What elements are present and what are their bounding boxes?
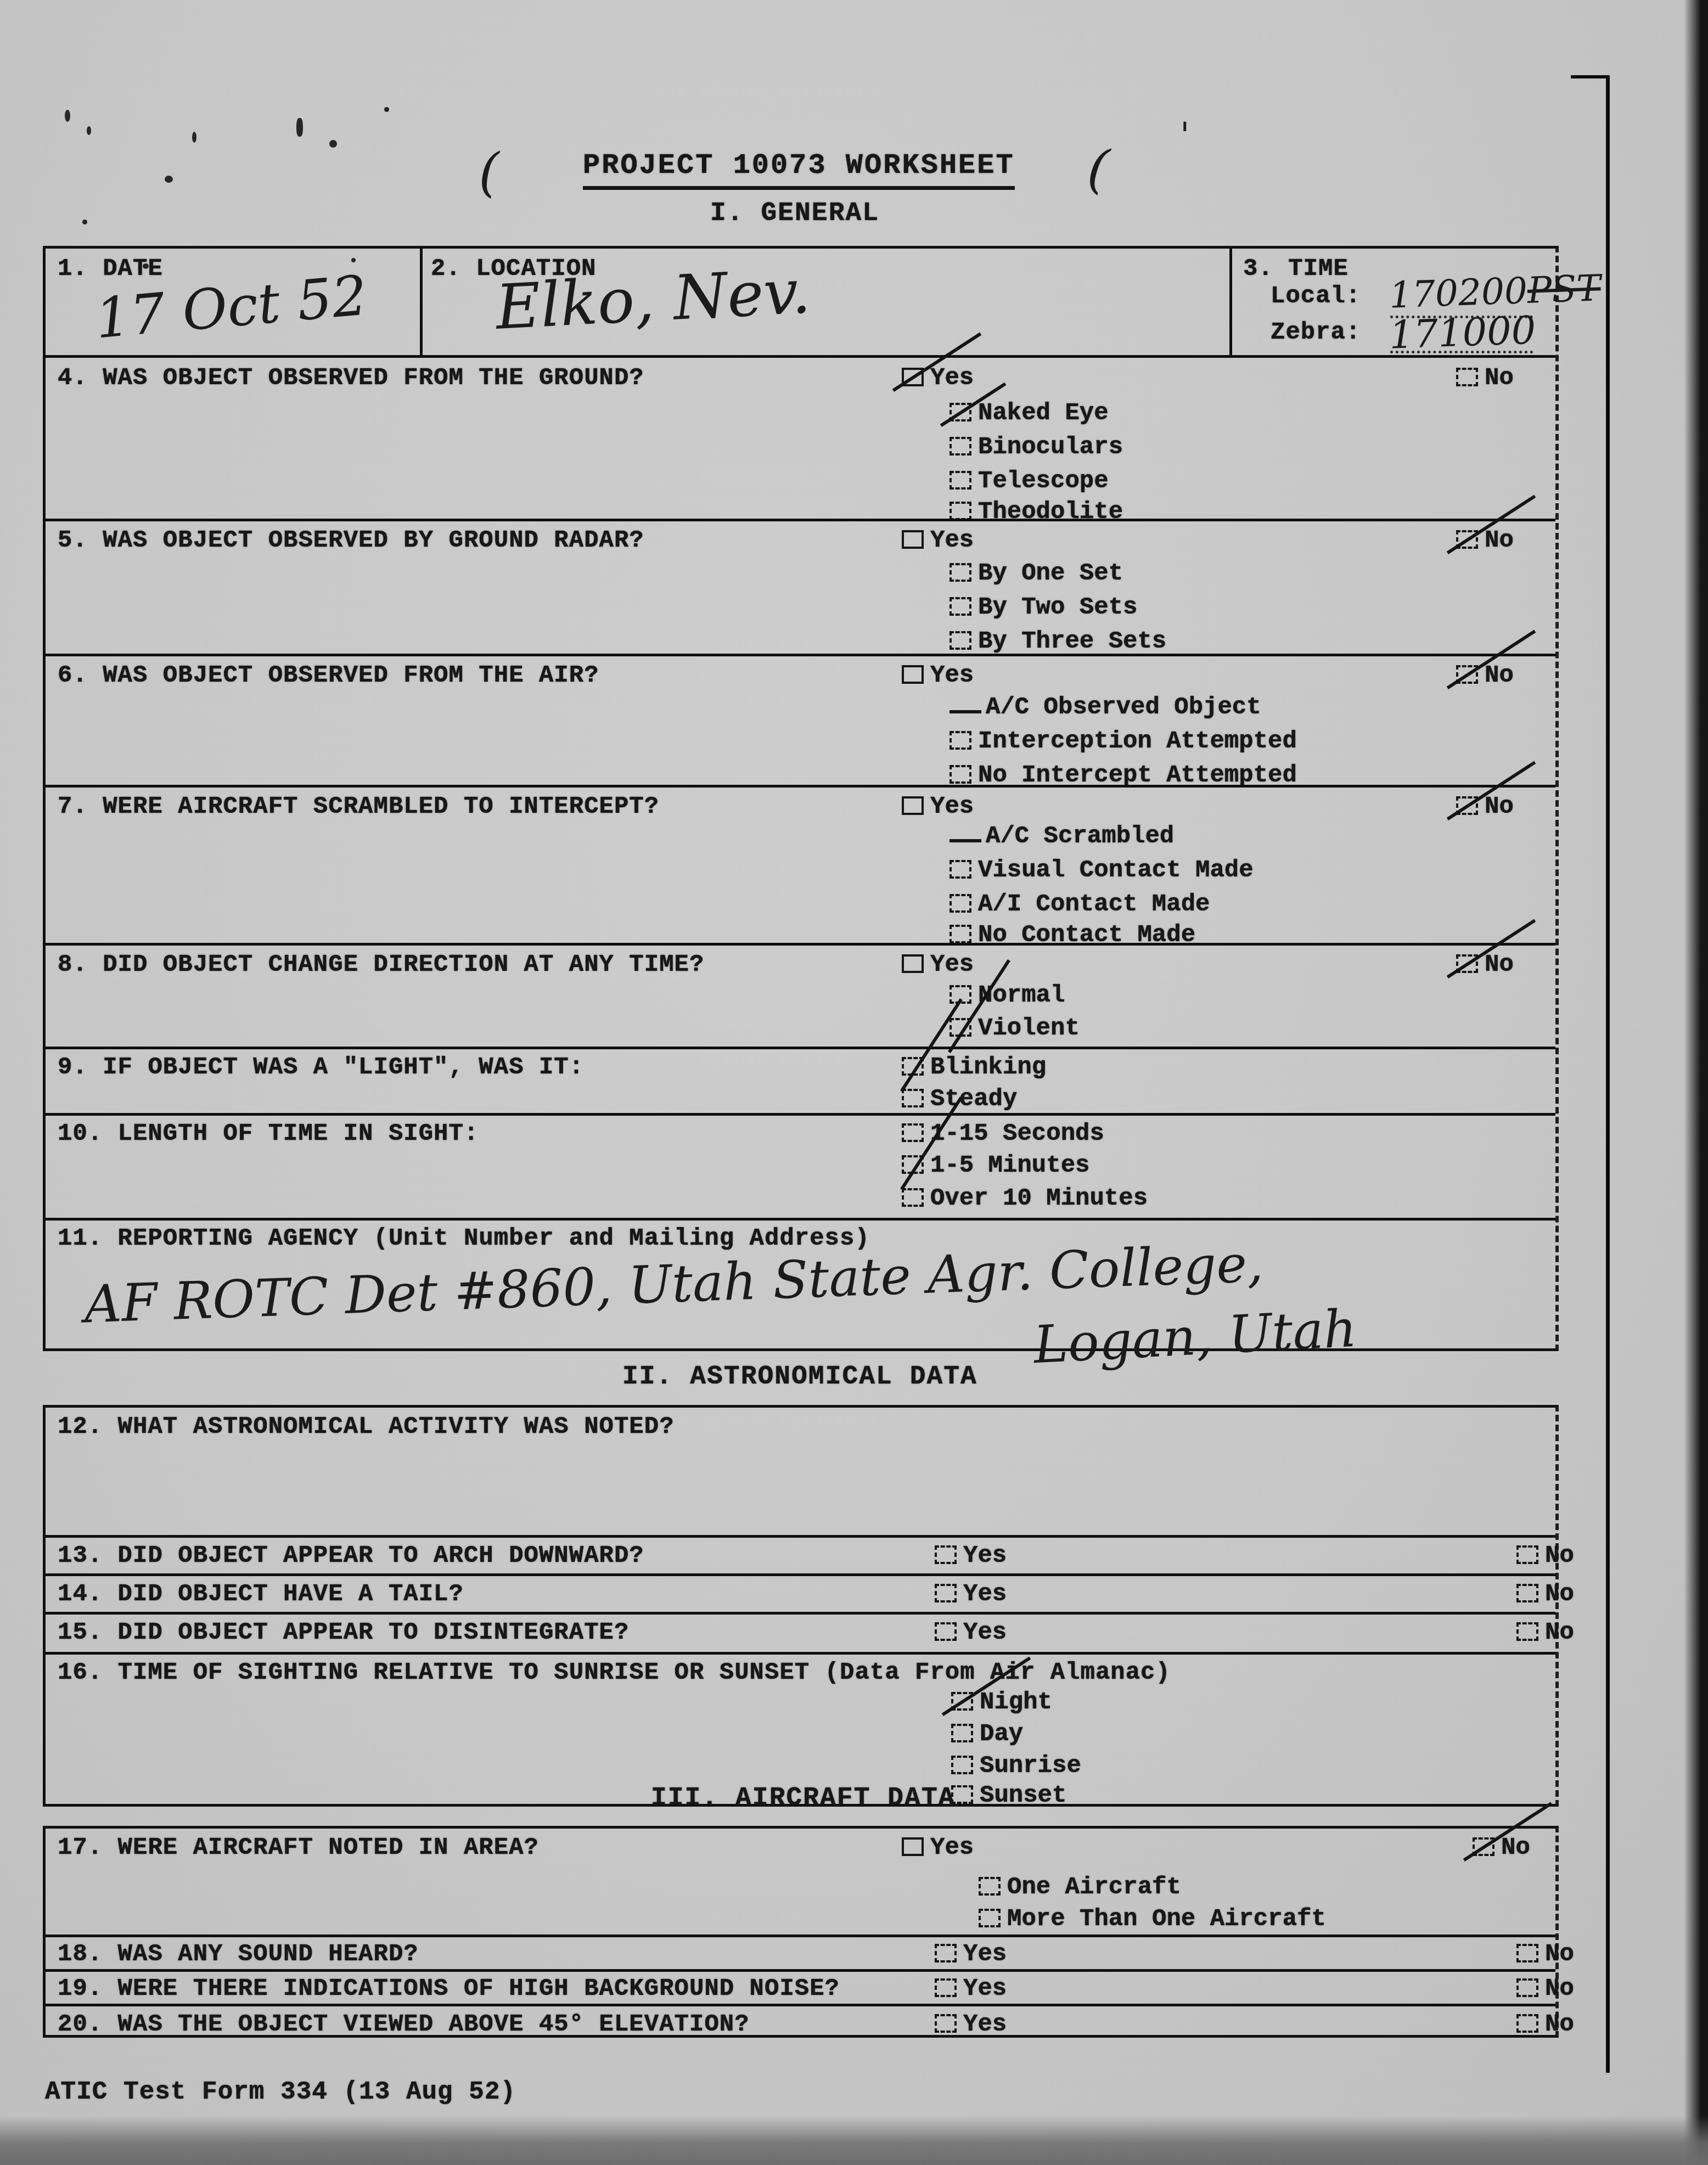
yes-label: Yes (930, 1834, 974, 1862)
ink-speck (329, 140, 337, 148)
question-row-5: 5. WAS OBJECT OBSERVED BY GROUND RADAR? … (46, 519, 1555, 654)
sub-option: A/C Scrambled (949, 823, 1174, 850)
no-label: No (1485, 951, 1514, 979)
pen-mark-left-paren: ( (479, 142, 499, 203)
header-row: 1. DATE 17 Oct 52 2. LOCATION Elko, Nev.… (46, 249, 1555, 355)
time-label: 3. TIME (1243, 255, 1349, 283)
no-option: No (1516, 1941, 1574, 1968)
day-checkbox[interactable] (951, 1724, 973, 1742)
sub-option: Telescope (949, 468, 1109, 495)
yes-checkbox[interactable] (935, 1622, 957, 1641)
sub-option: Night (951, 1689, 1052, 1716)
no-checkbox[interactable] (1456, 368, 1478, 386)
time-local-suffix: PST (1527, 267, 1602, 312)
yes-checkbox[interactable] (935, 1584, 957, 1602)
question-text: 5. WAS OBJECT OBSERVED BY GROUND RADAR? (58, 527, 644, 554)
yes-label: Yes (930, 793, 974, 820)
binoculars-checkbox[interactable] (949, 437, 971, 456)
option-label: More Than One Aircraft (1007, 1905, 1326, 1933)
yes-option: Yes (935, 1619, 1007, 1646)
no-option: No (1516, 1975, 1574, 2003)
question-row-9: 9. IF OBJECT WAS A "LIGHT", WAS IT: Blin… (46, 1047, 1555, 1113)
sub-option: By One Set (949, 560, 1123, 587)
sunrise-checkbox[interactable] (951, 1756, 973, 1774)
question-row-8: 8. DID OBJECT CHANGE DIRECTION AT ANY TI… (46, 943, 1555, 1047)
option-label: A/I Contact Made (978, 891, 1210, 918)
sub-option: Sunset (951, 1782, 1066, 1809)
yes-option: Yes (935, 1941, 1007, 1968)
cell-divider (420, 249, 423, 355)
no-label: No (1485, 527, 1514, 554)
steady-checkbox[interactable] (902, 1089, 924, 1107)
scan-edge-right-band (1684, 0, 1708, 2165)
no-label: No (1501, 1834, 1530, 1862)
yes-checkbox[interactable] (902, 796, 924, 815)
naked-eye-checkbox[interactable] (949, 403, 971, 421)
scanned-form-page: ( PROJECT 10073 WORKSHEET ( ' I. GENERAL… (0, 0, 1708, 2165)
no-option: No (1516, 1619, 1574, 1646)
yes-option: Yes (902, 951, 974, 979)
sub-option: Visual Contact Made (949, 857, 1254, 884)
no-label: No (1485, 793, 1514, 820)
option-label: Naked Eye (978, 400, 1109, 427)
question-row-20: 20. WAS THE OBJECT VIEWED ABOVE 45° ELEV… (46, 2004, 1555, 2040)
question-text: 9. IF OBJECT WAS A "LIGHT", WAS IT: (58, 1054, 584, 1081)
option-label: By One Set (978, 560, 1123, 587)
yes-label: Yes (963, 1542, 1007, 1570)
ink-speck (384, 107, 389, 112)
question-text: 15. DID OBJECT APPEAR TO DISINTEGRATE? (58, 1619, 629, 1646)
question-row-12: 12. WHAT ASTRONOMICAL ACTIVITY WAS NOTED… (46, 1408, 1555, 1535)
ink-speck (82, 220, 87, 224)
sub-option: Violent (949, 1015, 1080, 1042)
option-label: 1-15 Seconds (930, 1120, 1104, 1148)
scan-edge-line-hook (1571, 75, 1607, 78)
ink-speck (192, 132, 196, 143)
yes-checkbox[interactable] (902, 954, 924, 973)
sub-option: A/C Observed Object (949, 694, 1261, 721)
by-three-sets-checkbox[interactable] (949, 631, 971, 650)
ink-speck (87, 126, 91, 135)
no-checkbox[interactable] (1456, 530, 1478, 549)
one-aircraft-checkbox[interactable] (979, 1877, 1001, 1896)
option-label: Interception Attempted (978, 728, 1297, 755)
yes-label: Yes (963, 1581, 1007, 1608)
sub-option: Normal (949, 982, 1065, 1009)
option-label: By Two Sets (978, 594, 1137, 621)
option-label: Sunset (980, 1782, 1066, 1809)
option-label: Visual Contact Made (978, 857, 1254, 884)
night-checkbox[interactable] (951, 1692, 973, 1711)
yes-option: Yes (902, 1834, 974, 1862)
yes-option: Yes (902, 527, 974, 554)
section-astronomical-table: 12. WHAT ASTRONOMICAL ACTIVITY WAS NOTED… (43, 1405, 1559, 1807)
yes-option: Yes (935, 1975, 1007, 2003)
scan-bottom-band (0, 2116, 1708, 2165)
option-label: Blinking (930, 1054, 1046, 1081)
question-text: 19. WERE THERE INDICATIONS OF HIGH BACKG… (58, 1975, 840, 2003)
question-text: 12. WHAT ASTRONOMICAL ACTIVITY WAS NOTED… (58, 1413, 675, 1441)
question-row-10: 10. LENGTH OF TIME IN SIGHT: 1-15 Second… (46, 1113, 1555, 1218)
sub-option: Over 10 Minutes (902, 1185, 1148, 1212)
no-label: No (1545, 2011, 1574, 2038)
no-label: No (1485, 364, 1514, 392)
question-row-18: 18. WAS ANY SOUND HEARD? Yes No (46, 1935, 1555, 1969)
no-option: No (1456, 793, 1514, 820)
ink-speck (65, 110, 70, 122)
seconds-checkbox[interactable] (902, 1123, 924, 1142)
no-label: No (1545, 1542, 1574, 1570)
yes-option: Yes (935, 1542, 1007, 1570)
sub-option: Blinking (902, 1054, 1046, 1081)
ink-speck (296, 118, 303, 137)
yes-checkbox[interactable] (935, 1978, 957, 1997)
no-option: No (1516, 1581, 1574, 1608)
yes-checkbox[interactable] (902, 665, 924, 684)
yes-checkbox[interactable] (902, 530, 924, 549)
write-in-blank[interactable] (949, 823, 981, 842)
no-option: No (1456, 662, 1514, 689)
blinking-checkbox[interactable] (902, 1057, 924, 1076)
date-label: 1. DATE (58, 255, 163, 283)
yes-option: Yes (902, 662, 974, 689)
no-checkbox[interactable] (1473, 1837, 1494, 1856)
question-text: 11. REPORTING AGENCY (Unit Number and Ma… (58, 1225, 870, 1252)
yes-option: Yes (902, 793, 974, 820)
sub-option: Sunrise (951, 1752, 1081, 1780)
question-text: 20. WAS THE OBJECT VIEWED ABOVE 45° ELEV… (58, 2011, 750, 2038)
question-text: 7. WERE AIRCRAFT SCRAMBLED TO INTERCEPT? (58, 793, 659, 820)
question-row-11: 11. REPORTING AGENCY (Unit Number and Ma… (46, 1218, 1555, 1354)
reporting-agency-line2[interactable]: Logan, Utah (1032, 1299, 1358, 1376)
sub-option: By Three Sets (949, 628, 1166, 655)
sub-option: A/I Contact Made (949, 891, 1210, 918)
option-label: Telescope (978, 468, 1109, 495)
yes-checkbox[interactable] (902, 368, 924, 386)
sub-option: Binoculars (949, 434, 1123, 461)
no-contact-checkbox[interactable] (949, 925, 971, 943)
section-aircraft-table: 17. WERE AIRCRAFT NOTED IN AREA? Yes No … (43, 1826, 1559, 2038)
by-one-set-checkbox[interactable] (949, 563, 971, 582)
no-checkbox[interactable] (1516, 1584, 1538, 1602)
sub-option: One Aircraft (979, 1874, 1181, 1901)
form-underline (1390, 351, 1533, 353)
yes-label: Yes (963, 1941, 1007, 1968)
no-option: No (1473, 1834, 1530, 1862)
question-row-7: 7. WERE AIRCRAFT SCRAMBLED TO INTERCEPT?… (46, 785, 1555, 943)
ink-speck (165, 176, 173, 183)
section-heading-general: I. GENERAL (710, 199, 879, 228)
no-checkbox[interactable] (1456, 665, 1478, 684)
yes-label: Yes (930, 662, 974, 689)
option-label: Sunrise (980, 1752, 1081, 1780)
yes-option: Yes (935, 1581, 1007, 1608)
sub-option: Naked Eye (949, 400, 1109, 427)
question-text: 14. DID OBJECT HAVE A TAIL? (58, 1581, 464, 1608)
sub-option: By Two Sets (949, 594, 1137, 621)
yes-label: Yes (930, 527, 974, 554)
time-local-label: Local: (1271, 283, 1361, 310)
pen-mark-tick: ' (1180, 115, 1190, 156)
interception-attempted-checkbox[interactable] (949, 731, 971, 750)
yes-checkbox[interactable] (935, 1944, 957, 1962)
section-heading-aircraft: III. AIRCRAFT DATA (651, 1784, 955, 1813)
option-label: 1-5 Minutes (930, 1152, 1089, 1179)
sub-option: Day (951, 1720, 1023, 1748)
violent-checkbox[interactable] (949, 1018, 971, 1037)
yes-label: Yes (963, 1619, 1007, 1646)
question-row-13: 13. DID OBJECT APPEAR TO ARCH DOWNWARD? … (46, 1535, 1555, 1573)
over-ten-minutes-checkbox[interactable] (902, 1188, 924, 1207)
theodolite-checkbox[interactable] (949, 502, 971, 520)
question-row-15: 15. DID OBJECT APPEAR TO DISINTEGRATE? Y… (46, 1612, 1555, 1652)
question-text: 8. DID OBJECT CHANGE DIRECTION AT ANY TI… (58, 951, 704, 979)
form-title: PROJECT 10073 WORKSHEET (583, 149, 1015, 190)
no-checkbox[interactable] (1456, 796, 1478, 815)
question-text: 4. WAS OBJECT OBSERVED FROM THE GROUND? (58, 364, 644, 392)
no-checkbox[interactable] (1516, 1545, 1538, 1564)
yes-label: Yes (930, 364, 974, 392)
question-row-4: 4. WAS OBJECT OBSERVED FROM THE GROUND? … (46, 355, 1555, 519)
no-checkbox[interactable] (1516, 1622, 1538, 1641)
sub-option: 1-5 Minutes (902, 1152, 1089, 1179)
astronomical-activity-answer-area[interactable] (46, 1441, 1555, 1534)
yes-label: Yes (963, 1975, 1007, 2003)
no-option: No (1456, 527, 1514, 554)
no-label: No (1545, 1975, 1574, 2003)
no-label: No (1545, 1941, 1574, 1968)
yes-checkbox[interactable] (935, 1545, 957, 1564)
sub-option: Interception Attempted (949, 728, 1297, 755)
no-intercept-attempted-checkbox[interactable] (949, 765, 971, 784)
no-label: No (1485, 662, 1514, 689)
more-than-one-aircraft-checkbox[interactable] (979, 1909, 1001, 1927)
section-general-table: 1. DATE 17 Oct 52 2. LOCATION Elko, Nev.… (43, 246, 1559, 1351)
cell-divider (1229, 249, 1232, 355)
option-label: A/C Observed Object (986, 694, 1261, 721)
time-zebra-value[interactable]: 171000 (1389, 307, 1537, 357)
sub-option: More Than One Aircraft (979, 1905, 1326, 1933)
yes-option: Yes (902, 364, 974, 392)
option-label: Violent (978, 1015, 1080, 1042)
question-text: 18. WAS ANY SOUND HEARD? (58, 1941, 419, 1968)
form-id-footer: ATIC Test Form 334 (13 Aug 52) (45, 2078, 516, 2106)
by-two-sets-checkbox[interactable] (949, 597, 971, 616)
question-row-14: 14. DID OBJECT HAVE A TAIL? Yes No (46, 1573, 1555, 1612)
no-checkbox[interactable] (1516, 2014, 1538, 2033)
question-text: 10. LENGTH OF TIME IN SIGHT: (58, 1120, 479, 1148)
option-label: Night (980, 1689, 1052, 1716)
yes-label: Yes (963, 2011, 1007, 2038)
ai-contact-checkbox[interactable] (949, 894, 971, 913)
option-label: Day (980, 1720, 1023, 1748)
no-option: No (1516, 2011, 1574, 2038)
yes-checkbox[interactable] (935, 2014, 957, 2033)
option-label: By Three Sets (978, 628, 1166, 655)
pen-mark-right-paren: ( (1085, 137, 1111, 200)
no-option: No (1456, 951, 1514, 979)
no-label: No (1545, 1619, 1574, 1646)
option-label: Binoculars (978, 434, 1123, 461)
yes-option: Yes (935, 2011, 1007, 2038)
minutes-checkbox[interactable] (902, 1155, 924, 1174)
yes-label: Yes (930, 951, 974, 979)
option-label: Over 10 Minutes (930, 1185, 1148, 1212)
question-row-6: 6. WAS OBJECT OBSERVED FROM THE AIR? Yes… (46, 654, 1555, 785)
write-in-blank[interactable] (949, 694, 981, 713)
no-checkbox[interactable] (1456, 954, 1478, 973)
no-checkbox[interactable] (1516, 1978, 1538, 1997)
no-label: No (1545, 1581, 1574, 1608)
question-text: 13. DID OBJECT APPEAR TO ARCH DOWNWARD? (58, 1542, 644, 1570)
option-label: Steady (930, 1086, 1017, 1113)
question-row-17: 17. WERE AIRCRAFT NOTED IN AREA? Yes No … (46, 1829, 1555, 1935)
option-label: One Aircraft (1007, 1874, 1181, 1901)
time-zebra-label: Zebra: (1271, 319, 1361, 346)
question-text: 17. WERE AIRCRAFT NOTED IN AREA? (58, 1834, 539, 1862)
section-heading-astronomical: II. ASTRONOMICAL DATA (622, 1362, 977, 1392)
visual-contact-checkbox[interactable] (949, 860, 971, 879)
question-text: 6. WAS OBJECT OBSERVED FROM THE AIR? (58, 662, 599, 689)
telescope-checkbox[interactable] (949, 471, 971, 490)
question-row-19: 19. WERE THERE INDICATIONS OF HIGH BACKG… (46, 1969, 1555, 2004)
option-label: A/C Scrambled (986, 823, 1174, 850)
no-checkbox[interactable] (1516, 1944, 1538, 1962)
yes-checkbox[interactable] (902, 1837, 924, 1856)
no-option: No (1516, 1542, 1574, 1570)
no-option: No (1456, 364, 1514, 392)
scan-edge-line (1606, 75, 1610, 2073)
